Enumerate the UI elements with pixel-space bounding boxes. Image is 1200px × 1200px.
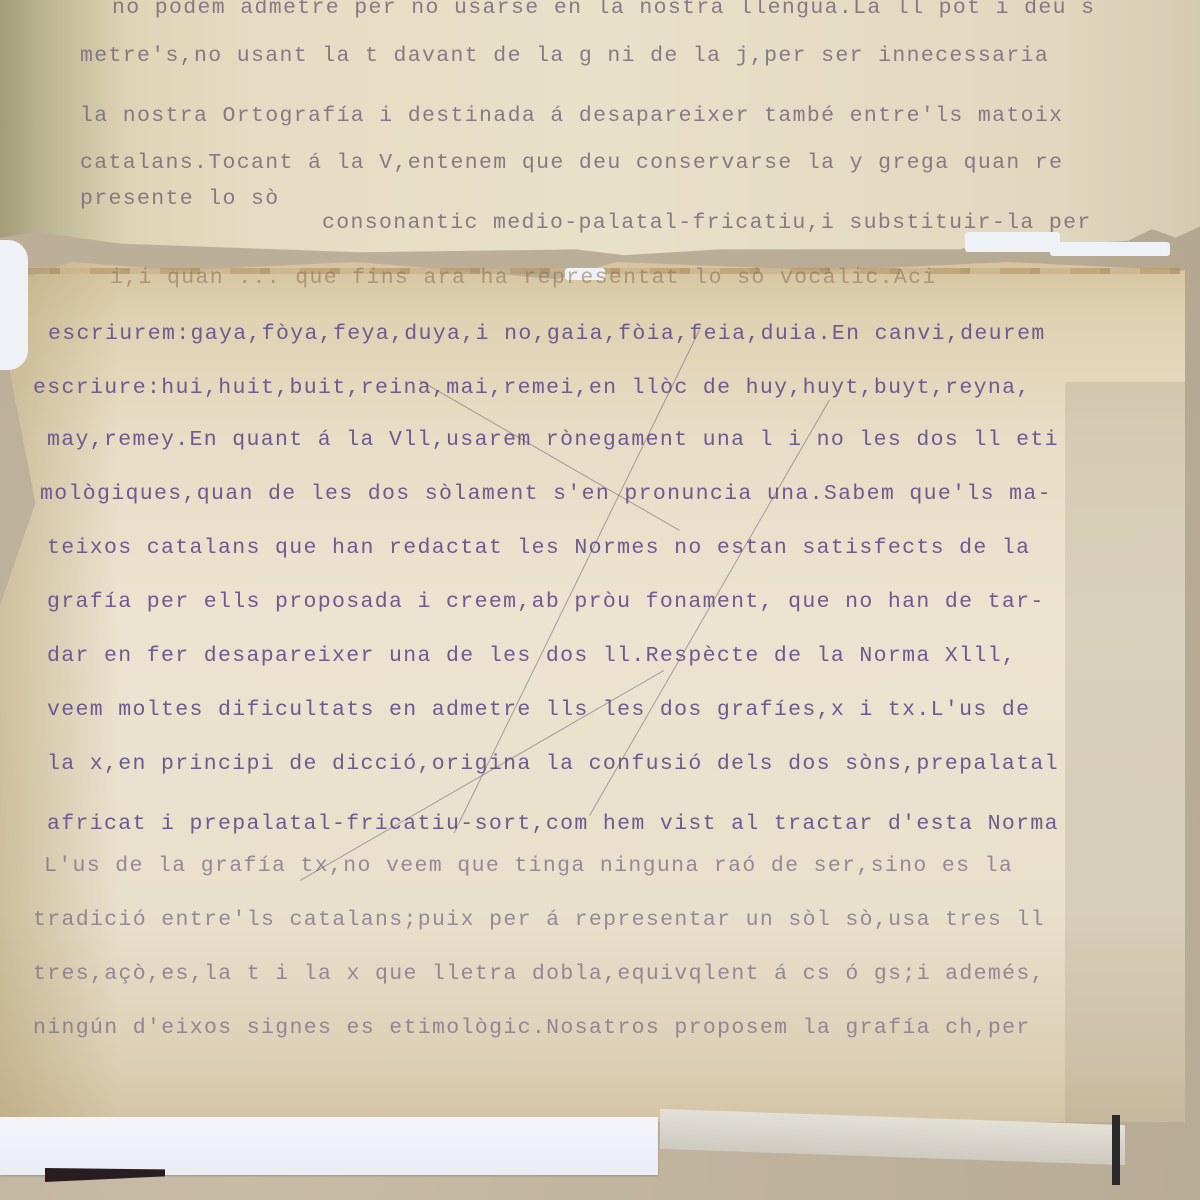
main-line-12: tradició entre'ls catalans;puix per á re… xyxy=(33,908,1045,932)
main-line-2: escriure:hui,huit,buit,reina,mai,remei,e… xyxy=(33,376,1031,400)
main-line-1: escriurem:gaya,fòya,feya,duya,i no,gaia,… xyxy=(48,322,1046,346)
torn-line: i,i quan ... que fins ara ha representat… xyxy=(110,266,937,290)
main-line-3: may,remey.En quant á la Vll,usarem ròneg… xyxy=(47,428,1059,452)
main-line-4: mològiques,quan de les dos sòlament s'en… xyxy=(40,482,1052,506)
main-line-7: dar en fer desapareixer una de les dos l… xyxy=(47,644,1016,668)
main-line-10: africat i prepalatal-fricatiu-sort,com h… xyxy=(47,812,1059,836)
upper-line-2: metre's,no usant la t davant de la g ni … xyxy=(80,44,1049,68)
tear-hole xyxy=(0,240,28,370)
main-line-6: grafía per ells proposada i creem,ab prò… xyxy=(47,590,1045,614)
tape-overlay xyxy=(1065,382,1185,1122)
book-spine-edge xyxy=(1112,1115,1120,1185)
main-line-13: tres,açò,es,la t i la x que lletra dobla… xyxy=(33,962,1045,986)
upper-line-1: no podem admetre per no usarse en la nos… xyxy=(112,0,1095,20)
upper-line-3: la nostra Ortografía i destinada á desap… xyxy=(80,104,1063,128)
upper-line-4: catalans.Tocant á la V,entenem que deu c… xyxy=(80,151,1063,175)
main-line-9: la x,en principi de dicció,origina la co… xyxy=(47,752,1059,776)
upper-line-5: presente lo sò xyxy=(80,187,280,211)
main-line-14: ningún d'eixos signes es etimològic.Nosa… xyxy=(33,1016,1031,1040)
main-line-8: veem moltes dificultats en admetre lls l… xyxy=(47,698,1030,722)
tear-hole xyxy=(1050,242,1170,256)
tear-hole xyxy=(965,232,1060,252)
main-line-11: L'us de la grafía tx,no veem que tinga n… xyxy=(44,854,1013,878)
main-line-5: teixos catalans que han redactat les Nor… xyxy=(47,536,1030,560)
white-paper-strip xyxy=(0,1117,658,1175)
